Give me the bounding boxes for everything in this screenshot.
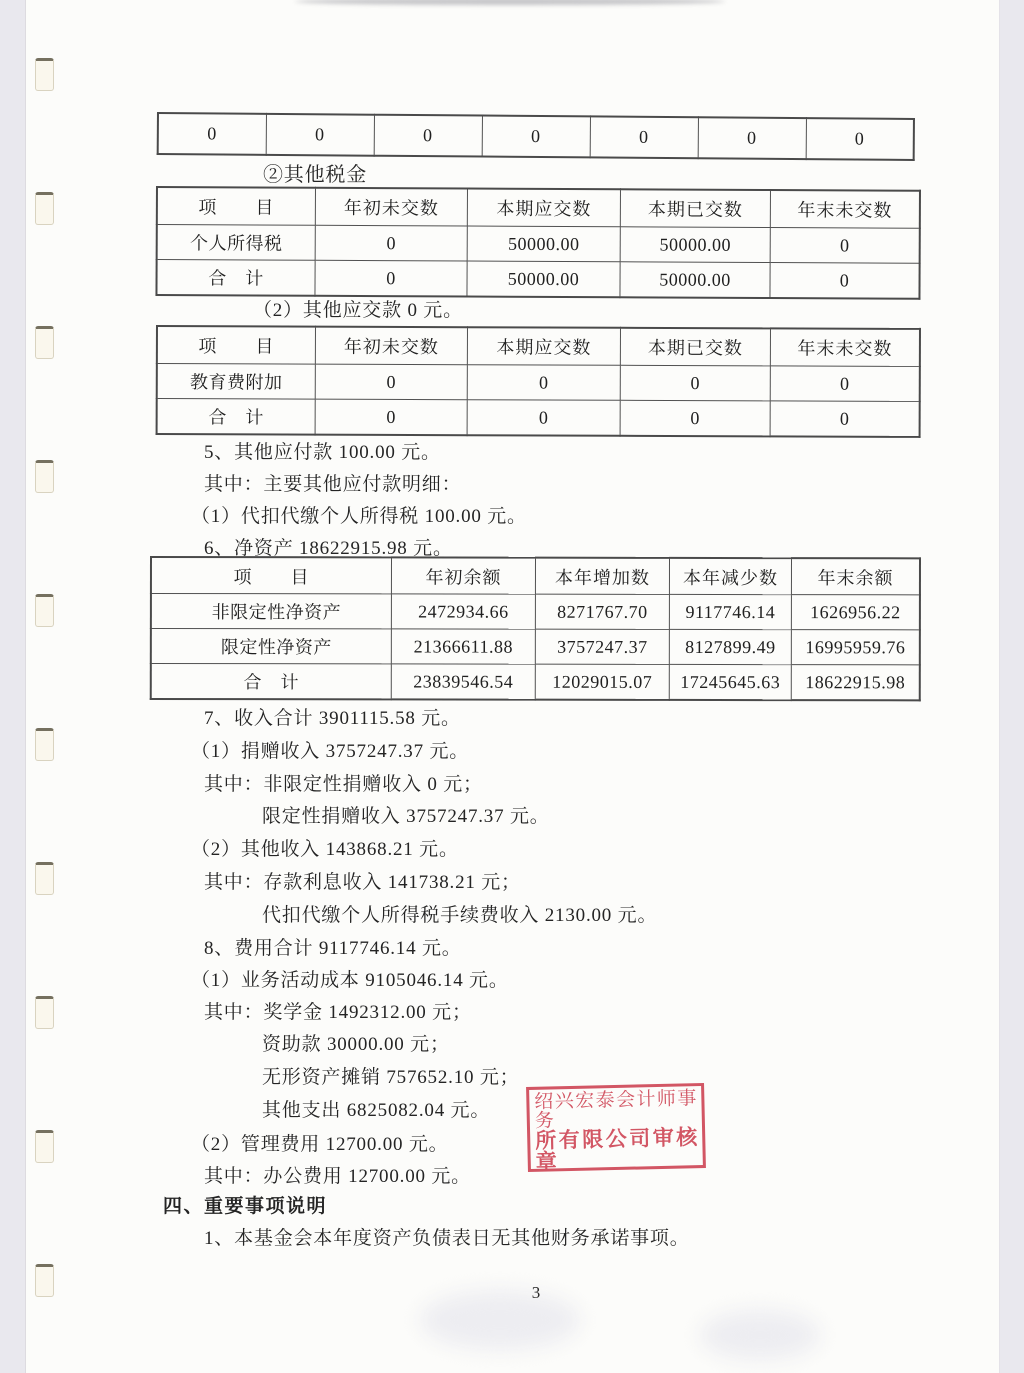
column-header: 年初未交数 bbox=[315, 327, 467, 365]
column-header: 本期应交数 bbox=[467, 327, 620, 365]
table-cell: 0 bbox=[315, 364, 467, 400]
table-cell: 0 bbox=[482, 116, 590, 158]
column-header: 项 目 bbox=[157, 187, 316, 225]
table-cell: 限定性净资产 bbox=[151, 629, 392, 664]
table-cell: 非限定性净资产 bbox=[151, 594, 392, 629]
binder-hole bbox=[35, 996, 54, 1029]
table-cell: 0 bbox=[770, 401, 920, 437]
page-number: 3 bbox=[157, 1283, 915, 1303]
section-4-item-1: 1、本基金会本年度资产负债表日无其他财务承诺事项。 bbox=[204, 1223, 690, 1250]
table-row-total: 合 计 23839546.54 12029015.07 17245645.63 … bbox=[151, 664, 920, 701]
column-header: 本期应交数 bbox=[467, 189, 620, 227]
column-header: 项 目 bbox=[157, 326, 316, 364]
table-cell: 9117746.14 bbox=[669, 594, 791, 629]
item-7-2b: 代扣代缴个人所得税手续费收入 2130.00 元。 bbox=[262, 900, 657, 927]
table-cell: 0 bbox=[158, 113, 266, 155]
table-cell: 21366611.88 bbox=[391, 629, 535, 664]
table-cell: 0 bbox=[266, 114, 374, 156]
item-7: 7、收入合计 3901115.58 元。 bbox=[204, 703, 461, 730]
item-8: 8、费用合计 9117746.14 元。 bbox=[204, 933, 462, 960]
binder-hole bbox=[35, 862, 54, 895]
binder-hole bbox=[35, 460, 54, 493]
section-4-heading: 四、重要事项说明 bbox=[163, 1191, 327, 1218]
table-cell: 0 bbox=[620, 400, 770, 436]
column-header: 年末未交数 bbox=[770, 328, 920, 366]
item-5-detail: （1）代扣代缴个人所得税 100.00 元。 bbox=[191, 501, 527, 528]
column-header: 项 目 bbox=[151, 557, 392, 594]
table-cell: 3757247.37 bbox=[535, 629, 669, 664]
table-cell: 50000.00 bbox=[467, 261, 620, 297]
item-8-2: （2）管理费用 12700.00 元。 bbox=[191, 1129, 448, 1156]
item-7-1a: 其中：非限定性捐赠收入 0 元； bbox=[204, 769, 483, 796]
table-cell: 0 bbox=[315, 225, 467, 261]
item-8-1a: 其中：奖学金 1492312.00 元； bbox=[204, 997, 472, 1024]
table-header-row: 项 目 年初未交数 本期应交数 本期已交数 年末未交数 bbox=[157, 187, 920, 228]
table-cell: 17245645.63 bbox=[669, 664, 791, 700]
column-header: 年末未交数 bbox=[770, 190, 920, 228]
item-8-1c: 无形资产摊销 757652.10 元； bbox=[262, 1062, 519, 1089]
binder-hole bbox=[35, 728, 54, 761]
scan-artifact bbox=[700, 1310, 820, 1360]
binder-hole bbox=[35, 192, 54, 225]
edu-surcharge-table: 项 目 年初未交数 本期应交数 本期已交数 年末未交数 教育费附加 0 0 0 … bbox=[156, 325, 921, 438]
table-cell: 0 bbox=[467, 365, 620, 401]
table-cell: 0 bbox=[698, 117, 806, 159]
table-row-total: 合 计 0 0 0 0 bbox=[157, 399, 920, 437]
item-7-1: （1）捐赠收入 3757247.37 元。 bbox=[191, 736, 469, 763]
audit-stamp: 绍兴宏泰会计师事务 所有限公司审核章 bbox=[526, 1083, 706, 1172]
column-header: 本年增加数 bbox=[535, 558, 669, 595]
table-cell: 0 bbox=[770, 263, 920, 299]
table-cell: 合 计 bbox=[156, 260, 315, 296]
audit-stamp-line-1: 绍兴宏泰会计师事务 bbox=[534, 1089, 697, 1131]
table-cell: 12029015.07 bbox=[535, 664, 669, 700]
table-header-row: 项 目 年初未交数 本期应交数 本期已交数 年末未交数 bbox=[157, 326, 920, 366]
item-7-2a: 其中：存款利息收入 141738.21 元； bbox=[204, 867, 521, 894]
carryover-table: 0 0 0 0 0 0 0 bbox=[157, 112, 915, 161]
table-cell: 0 bbox=[590, 116, 698, 158]
table-cell: 50000.00 bbox=[620, 227, 770, 263]
column-header: 年初未交数 bbox=[315, 188, 467, 226]
item-8-2a: 其中：办公费用 12700.00 元。 bbox=[204, 1161, 471, 1188]
table-row: 限定性净资产 21366611.88 3757247.37 8127899.49… bbox=[151, 629, 920, 665]
table-row: 个人所得税 0 50000.00 50000.00 0 bbox=[157, 225, 920, 264]
column-header: 年初余额 bbox=[391, 557, 535, 594]
column-header: 本年减少数 bbox=[669, 558, 791, 595]
table-cell: 23839546.54 bbox=[391, 664, 535, 700]
other-taxes-table: 项 目 年初未交数 本期应交数 本期已交数 年末未交数 个人所得税 0 5000… bbox=[155, 186, 921, 300]
item-8-1d: 其他支出 6825082.04 元。 bbox=[262, 1095, 490, 1122]
column-header: 本期已交数 bbox=[620, 328, 770, 366]
table-cell: 0 bbox=[770, 228, 920, 264]
table-cell: 8271767.70 bbox=[535, 594, 669, 629]
table-cell: 18622915.98 bbox=[791, 665, 920, 701]
item-8-1b: 资助款 30000.00 元； bbox=[262, 1029, 450, 1056]
table-row-total: 合 计 0 50000.00 50000.00 0 bbox=[156, 260, 919, 299]
table-cell: 个人所得税 bbox=[157, 225, 316, 261]
table-cell: 1626956.22 bbox=[791, 595, 920, 630]
binder-hole bbox=[35, 1130, 54, 1163]
table-cell: 0 bbox=[374, 115, 482, 157]
table-cell: 0 bbox=[806, 118, 914, 160]
binder-hole bbox=[35, 1264, 54, 1297]
table-cell: 0 bbox=[315, 260, 467, 296]
table-row: 教育费附加 0 0 0 0 bbox=[157, 364, 920, 402]
audit-stamp-line-2: 所有限公司审核章 bbox=[535, 1127, 698, 1173]
column-header: 本期已交数 bbox=[620, 189, 770, 227]
other-taxes-heading: ②其他税金 bbox=[263, 158, 367, 187]
table-cell: 0 bbox=[620, 365, 770, 401]
note-other-payable-tax: （2）其他应交款 0 元。 bbox=[253, 295, 463, 322]
item-7-1b: 限定性捐赠收入 3757247.37 元。 bbox=[262, 801, 550, 828]
table-cell: 0 bbox=[467, 400, 620, 436]
binder-hole bbox=[35, 58, 54, 91]
table-row: 非限定性净资产 2472934.66 8271767.70 9117746.14… bbox=[151, 594, 920, 630]
table-cell: 50000.00 bbox=[620, 262, 770, 298]
binder-hole bbox=[35, 326, 54, 359]
item-5-note: 其中：主要其他应付款明细： bbox=[204, 469, 461, 496]
column-header: 年末余额 bbox=[791, 558, 920, 595]
table-cell: 2472934.66 bbox=[391, 594, 535, 629]
table-cell: 教育费附加 bbox=[157, 364, 316, 400]
item-8-1: （1）业务活动成本 9105046.14 元。 bbox=[191, 965, 509, 992]
net-assets-table: 项 目 年初余额 本年增加数 本年减少数 年末余额 非限定性净资产 247293… bbox=[150, 556, 921, 701]
table-cell: 0 bbox=[770, 366, 920, 402]
item-7-2: （2）其他收入 143868.21 元。 bbox=[191, 834, 459, 861]
item-5: 5、其他应付款 100.00 元。 bbox=[204, 437, 441, 464]
table-header-row: 项 目 年初余额 本年增加数 本年减少数 年末余额 bbox=[151, 557, 920, 595]
table-cell: 0 bbox=[315, 399, 467, 435]
table-row: 0 0 0 0 0 0 0 bbox=[158, 113, 914, 160]
table-cell: 合 计 bbox=[157, 399, 316, 435]
table-cell: 16995959.76 bbox=[791, 630, 920, 665]
table-cell: 50000.00 bbox=[467, 226, 620, 262]
table-cell: 合 计 bbox=[151, 664, 392, 700]
table-cell: 8127899.49 bbox=[669, 629, 791, 664]
binder-hole bbox=[35, 594, 54, 627]
